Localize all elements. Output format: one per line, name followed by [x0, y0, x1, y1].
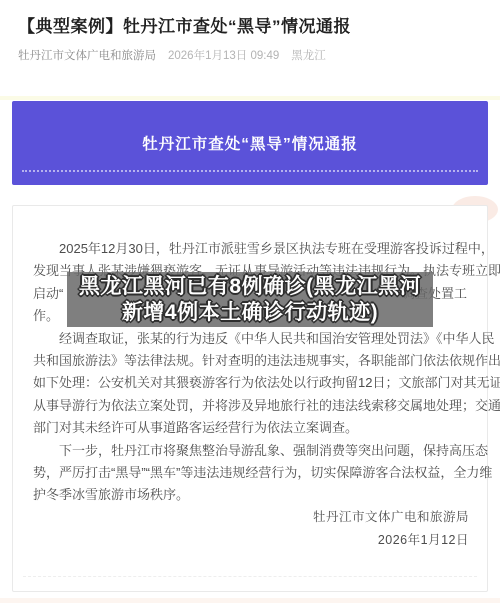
- article-line: 势，严厉打击“黑导”“黑车”等违法违规经营行为，切实保障游客合法权益，全力维: [33, 462, 467, 484]
- headline-overlay: 黑龙江黑河已有8例确诊(黑龙江黑河 新增4例本土确诊行动轨迹): [67, 272, 433, 327]
- article-line: 部门对其未经许可从事道路客运经营行为依法立案调查。: [33, 417, 467, 439]
- article-line: 2025年12月30日，牡丹江市派驻雪乡景区执法专班在受理游客投诉过程中，: [33, 238, 467, 260]
- signature-date: 2026年1月12日: [313, 529, 469, 552]
- location-label: 黑龙江: [291, 47, 326, 63]
- overlay-line-2: 新增4例本土确诊行动轨迹): [122, 300, 378, 326]
- datetime-label: 2026年1月13日 09:49: [168, 47, 279, 63]
- banner-title: 牡丹江市查处“黑导”情况通报: [12, 132, 488, 154]
- source-label[interactable]: 牡丹江市文体广电和旅游局: [18, 47, 156, 63]
- article-line: 如下处理：公安机关对其猥亵游客行为依法处以行政拘留12日；文旅部门对其无证: [33, 372, 467, 394]
- article-line: 下一步，牡丹江市将聚焦整治导游乱象、强制消费等突出问题，保持高压态: [33, 440, 467, 462]
- notice-banner: 牡丹江市查处“黑导”情况通报: [12, 101, 488, 185]
- article-page: 【典型案例】牡丹江市查处“黑导”情况通报 牡丹江市文体广电和旅游局 2026年1…: [0, 0, 500, 603]
- dashed-divider: [23, 576, 477, 577]
- overlay-line-1: 黑龙江黑河已有8例确诊(黑龙江黑河: [79, 274, 421, 300]
- signature-org: 牡丹江市文体广电和旅游局: [313, 506, 469, 529]
- article-line: 共和国旅游法》等法律法规。针对查明的违法违规事实，各职能部门依法依规作出: [33, 350, 467, 372]
- byline: 牡丹江市文体广电和旅游局 2026年1月13日 09:49 黑龙江: [18, 47, 326, 63]
- article-line: 从事导游行为依法立案处罚，并将涉及异地旅行社的违法线索移交属地处理；交通: [33, 395, 467, 417]
- signature: 牡丹江市文体广电和旅游局 2026年1月12日: [313, 506, 469, 552]
- banner-dotted-line: [22, 170, 478, 172]
- bottom-strip: [0, 598, 500, 603]
- article-card: 2025年12月30日，牡丹江市派驻雪乡景区执法专班在受理游客投诉过程中，发现当…: [12, 205, 488, 592]
- divider-strip: [0, 96, 500, 100]
- article-line: 护冬季冰雪旅游市场秩序。: [33, 484, 467, 506]
- article-line: 经调查取证，张某的行为违反《中华人民共和国治安管理处罚法》《中华人民: [33, 328, 467, 350]
- page-title: 【典型案例】牡丹江市查处“黑导”情况通报: [18, 12, 482, 37]
